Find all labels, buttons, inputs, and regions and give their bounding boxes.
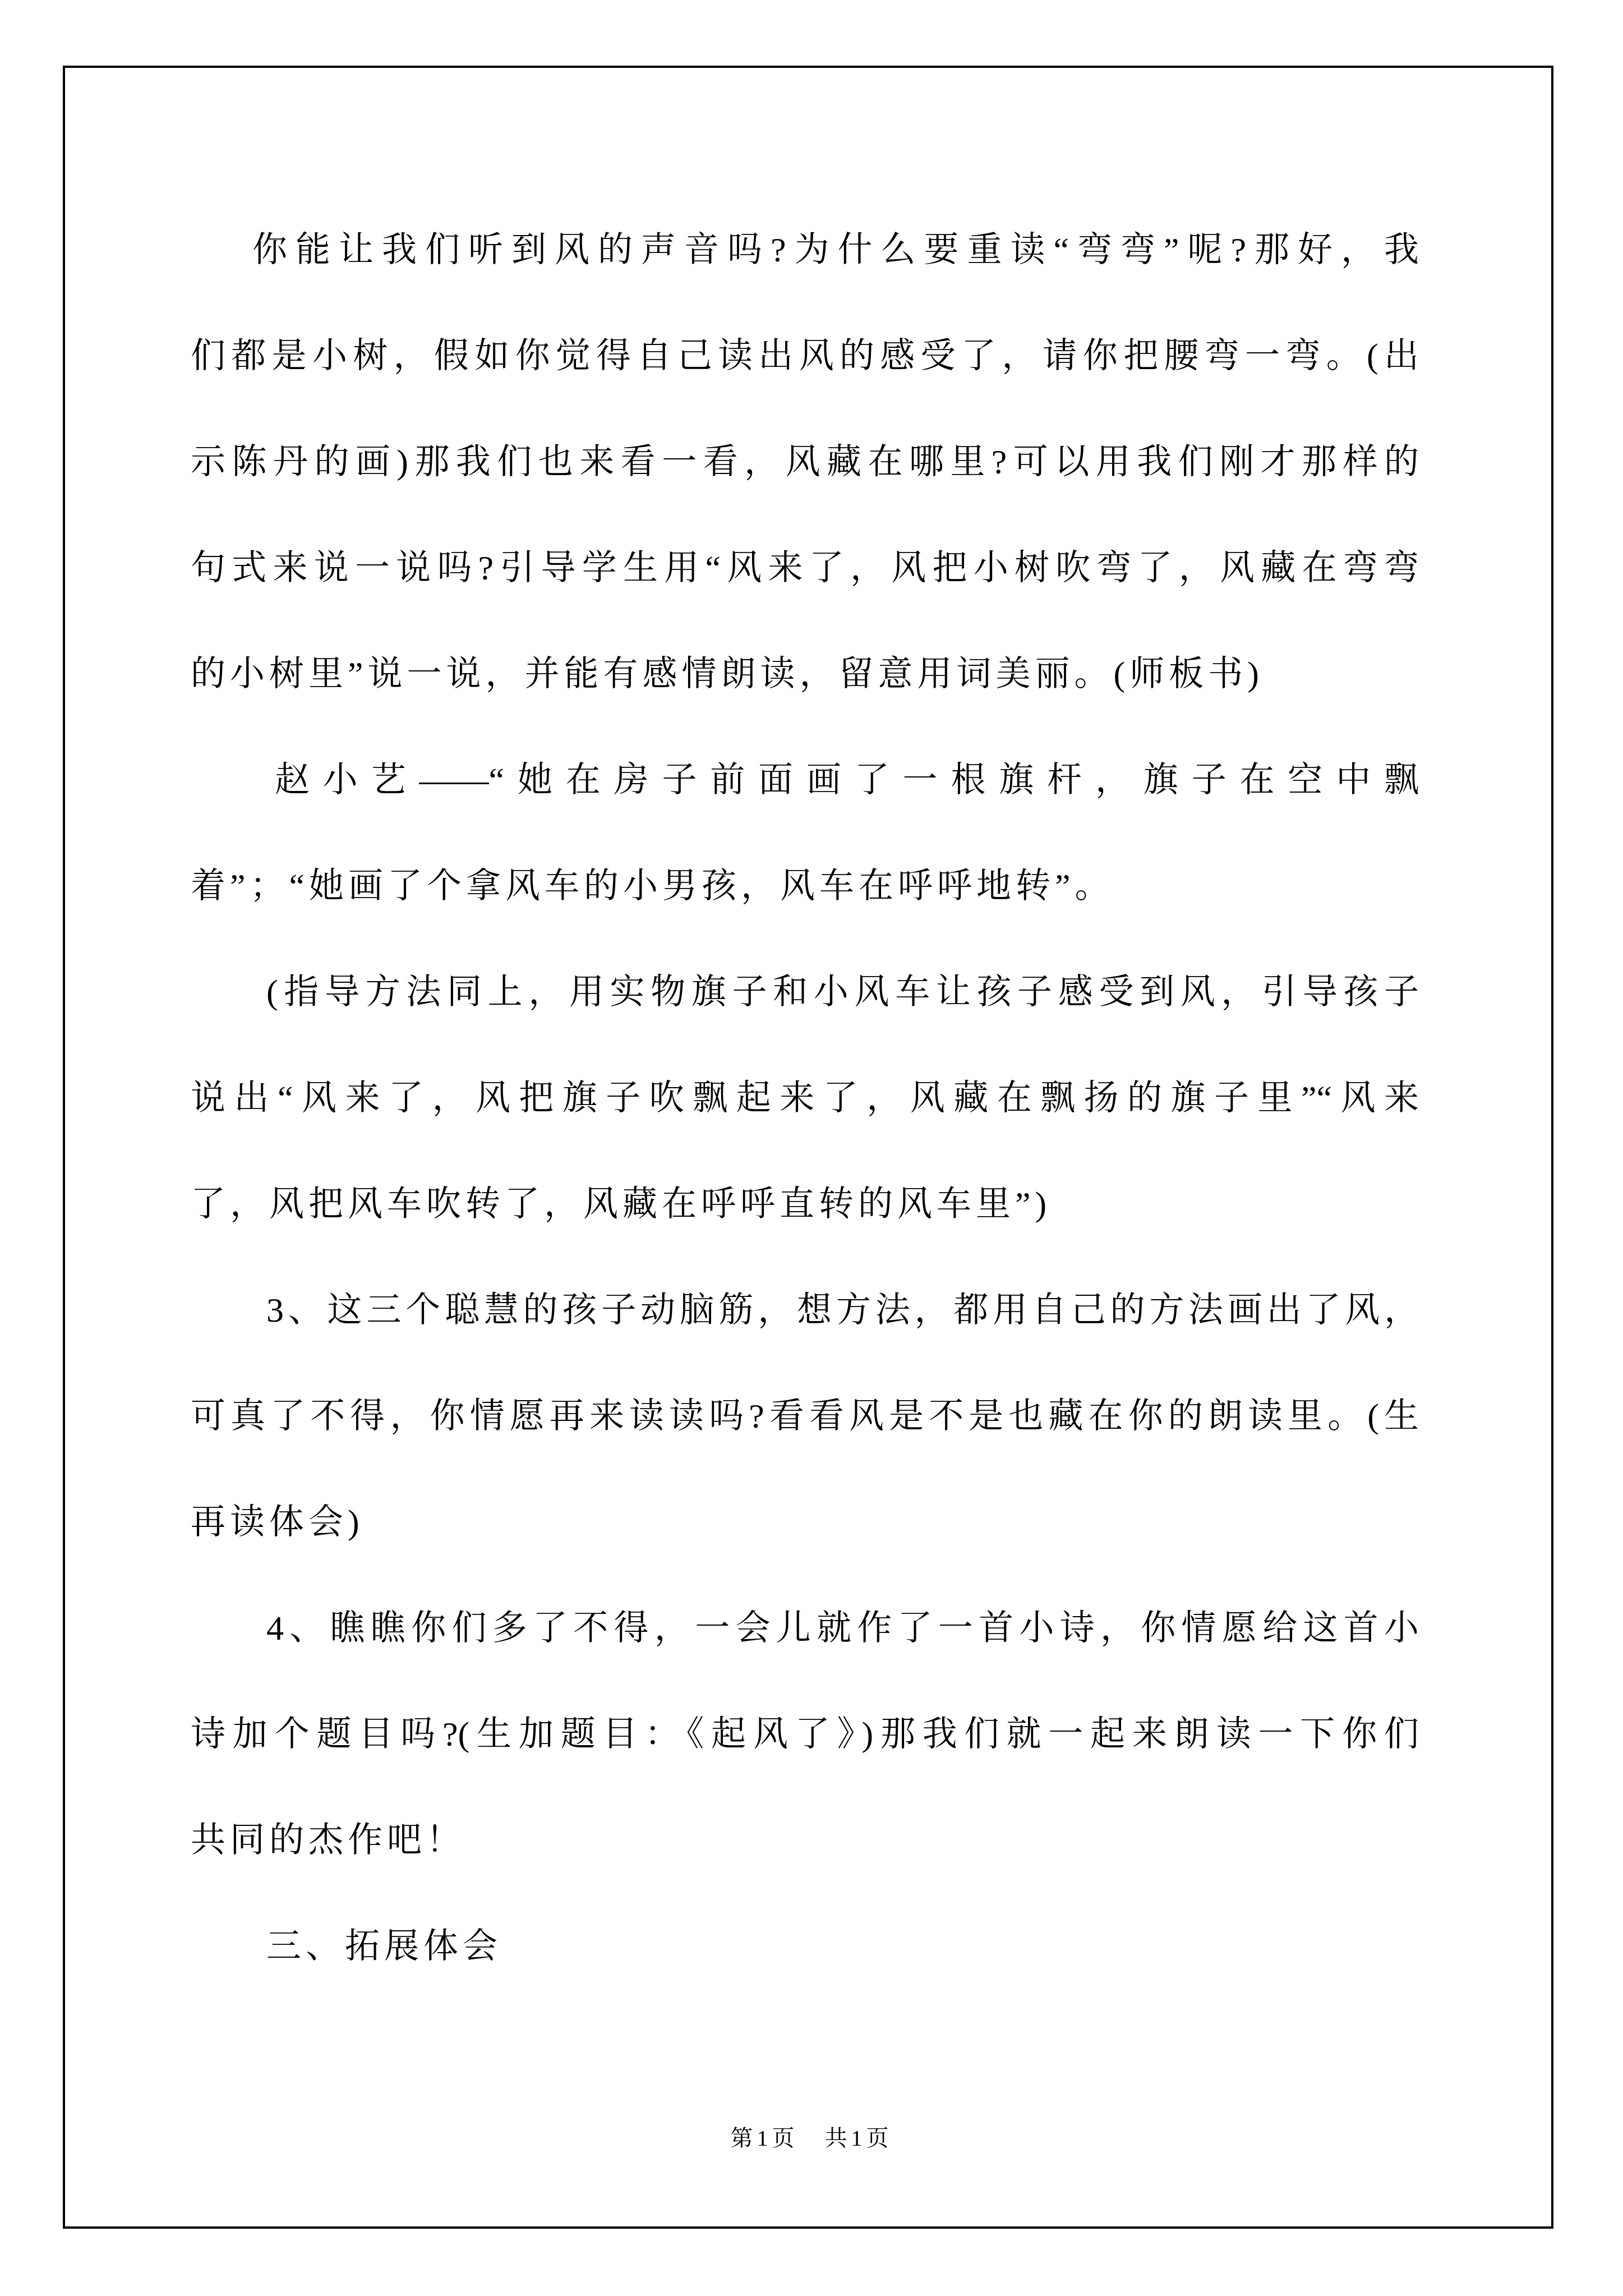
text-line: 赵小艺——“她在房子前面画了一根旗杆，旗子在空中飘 [191, 728, 1419, 834]
text-line: 你能让我们听到风的声音吗?为什么要重读“弯弯”呢?那好，我 [191, 197, 1419, 303]
page-footer: 第1页 共1页 [0, 2122, 1623, 2155]
text-line: 3、这三个聪慧的孩子动脑筋，想方法，都用自己的方法画出了风， [191, 1258, 1419, 1364]
document-body: 你能让我们听到风的声音吗?为什么要重读“弯弯”呢?那好，我 们都是小树，假如你觉… [191, 197, 1419, 2000]
text-line: 的小树里”说一说，并能有感情朗读，留意用词美丽。(师板书) [191, 622, 1419, 728]
text-line: (指导方法同上，用实物旗子和小风车让孩子感受到风，引导孩子 [191, 940, 1419, 1046]
text-line: 诗加个题目吗?(生加题目：《起风了》)那我们就一起来朗读一下你们 [191, 1682, 1419, 1788]
text-line: 句式来说一说吗?引导学生用“风来了，风把小树吹弯了，风藏在弯弯 [191, 516, 1419, 622]
text-line: 示陈丹的画)那我们也来看一看，风藏在哪里?可以用我们刚才那样的 [191, 409, 1419, 516]
text-line: 了，风把风车吹转了，风藏在呼呼直转的风车里”) [191, 1152, 1419, 1258]
text-line: 三、拓展体会 [191, 1894, 1419, 2000]
text-line: 共同的杰作吧！ [191, 1788, 1419, 1894]
text-line: 4、瞧瞧你们多了不得，一会儿就作了一首小诗，你情愿给这首小 [191, 1576, 1419, 1682]
text-line: 再读体会) [191, 1470, 1419, 1576]
text-line: 们都是小树，假如你觉得自己读出风的感受了，请你把腰弯一弯。(出 [191, 303, 1419, 409]
text-line: 可真了不得，你情愿再来读读吗?看看风是不是也藏在你的朗读里。(生 [191, 1364, 1419, 1470]
text-line: 着”；“她画了个拿风车的小男孩，风车在呼呼地转”。 [191, 834, 1419, 940]
text-line: 说出“风来了，风把旗子吹飘起来了，风藏在飘扬的旗子里”“风来 [191, 1046, 1419, 1152]
